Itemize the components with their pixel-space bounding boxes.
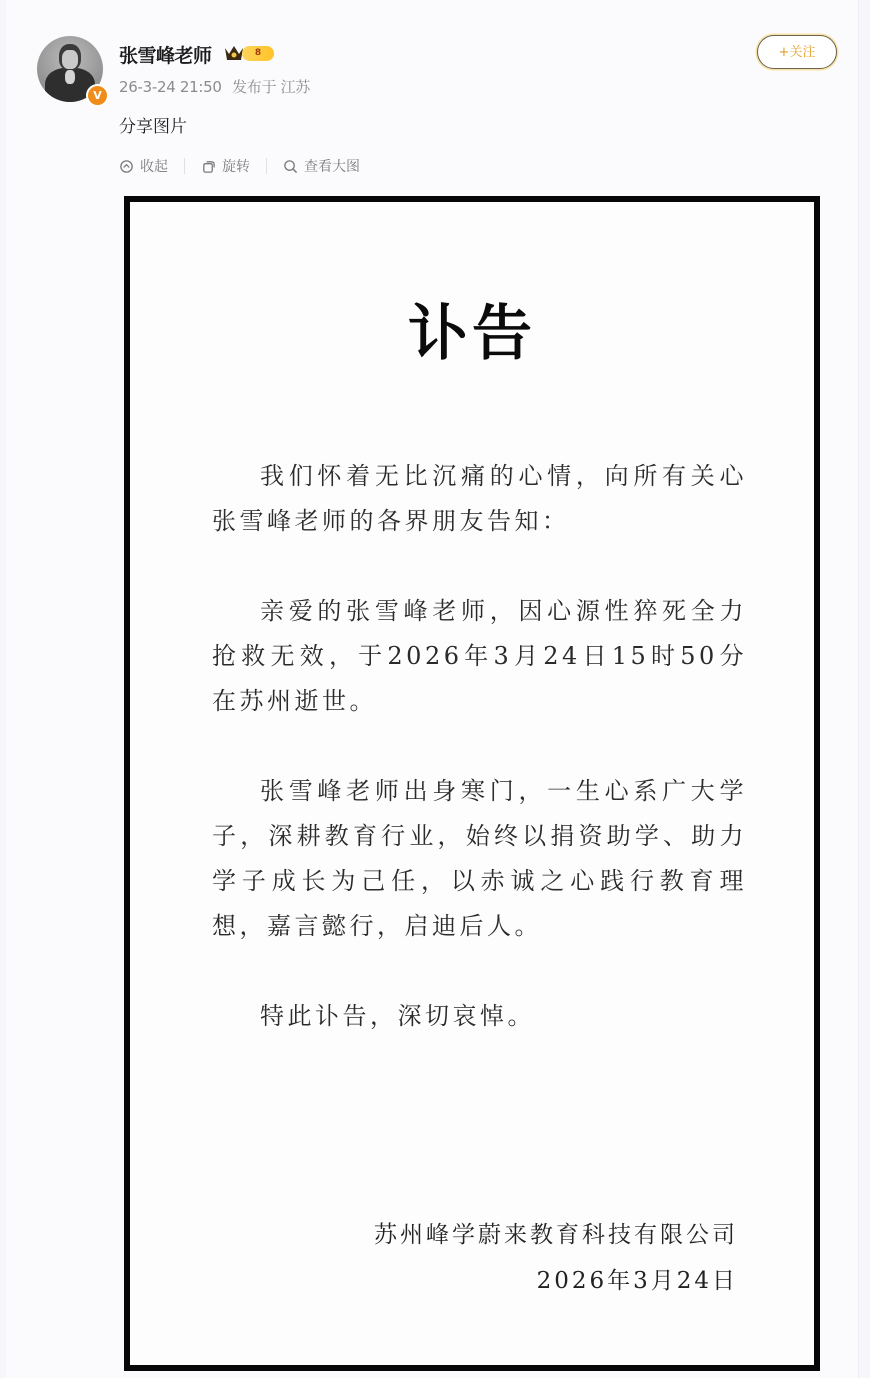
action-divider	[184, 158, 185, 174]
post-text: 分享图片	[119, 112, 187, 137]
author-name[interactable]: 张雪峰老师	[119, 41, 212, 68]
follow-button[interactable]: +关注	[757, 35, 837, 69]
post-location: 发布于 江苏	[232, 78, 310, 96]
signature-organization: 苏州峰学蔚来教育科技有限公司	[374, 1212, 738, 1258]
notice-paragraph: 我们怀着无比沉痛的心情，向所有关心张雪峰老师的各界朋友告知：	[212, 454, 747, 544]
verified-badge-icon: V	[86, 84, 109, 107]
avatar-figure-face	[62, 50, 78, 69]
notice-paragraph: 亲爱的张雪峰老师，因心源性猝死全力抢救无效，于2026年3月24日15时50分在…	[212, 589, 747, 724]
rotate-label: 旋转	[222, 156, 250, 176]
collapse-label: 收起	[140, 156, 168, 176]
crown-icon	[224, 45, 244, 61]
avatar-figure-hands	[65, 70, 75, 84]
signature-date: 2026年3月24日	[374, 1258, 738, 1304]
view-large-button[interactable]: 查看大图	[283, 156, 360, 176]
notice-title: 讣告	[130, 286, 814, 372]
view-large-icon	[283, 159, 298, 174]
obituary-notice-image[interactable]: 讣告 我们怀着无比沉痛的心情，向所有关心张雪峰老师的各界朋友告知： 亲爱的张雪峰…	[124, 196, 820, 1371]
collapse-icon	[119, 159, 134, 174]
rotate-icon	[201, 159, 216, 174]
image-action-bar: 收起 旋转 查看大图	[119, 156, 360, 176]
notice-paragraph: 张雪峰老师出身寒门，一生心系广大学子，深耕教育行业，始终以捐资助学、助力学子成长…	[212, 769, 747, 949]
action-divider	[266, 158, 267, 174]
view-large-label: 查看大图	[304, 156, 360, 176]
member-level-badge[interactable]: 8	[242, 46, 274, 61]
rotate-button[interactable]: 旋转	[201, 156, 250, 176]
post-timestamp[interactable]: 26-3-24 21:50	[119, 78, 222, 96]
collapse-button[interactable]: 收起	[119, 156, 168, 176]
notice-paragraph: 特此讣告，深切哀悼。	[212, 994, 747, 1039]
notice-body: 我们怀着无比沉痛的心情，向所有关心张雪峰老师的各界朋友告知： 亲爱的张雪峰老师，…	[212, 454, 747, 1084]
notice-signature: 苏州峰学蔚来教育科技有限公司 2026年3月24日	[374, 1212, 738, 1304]
post-meta: 26-3-24 21:50 发布于 江苏	[119, 76, 310, 97]
